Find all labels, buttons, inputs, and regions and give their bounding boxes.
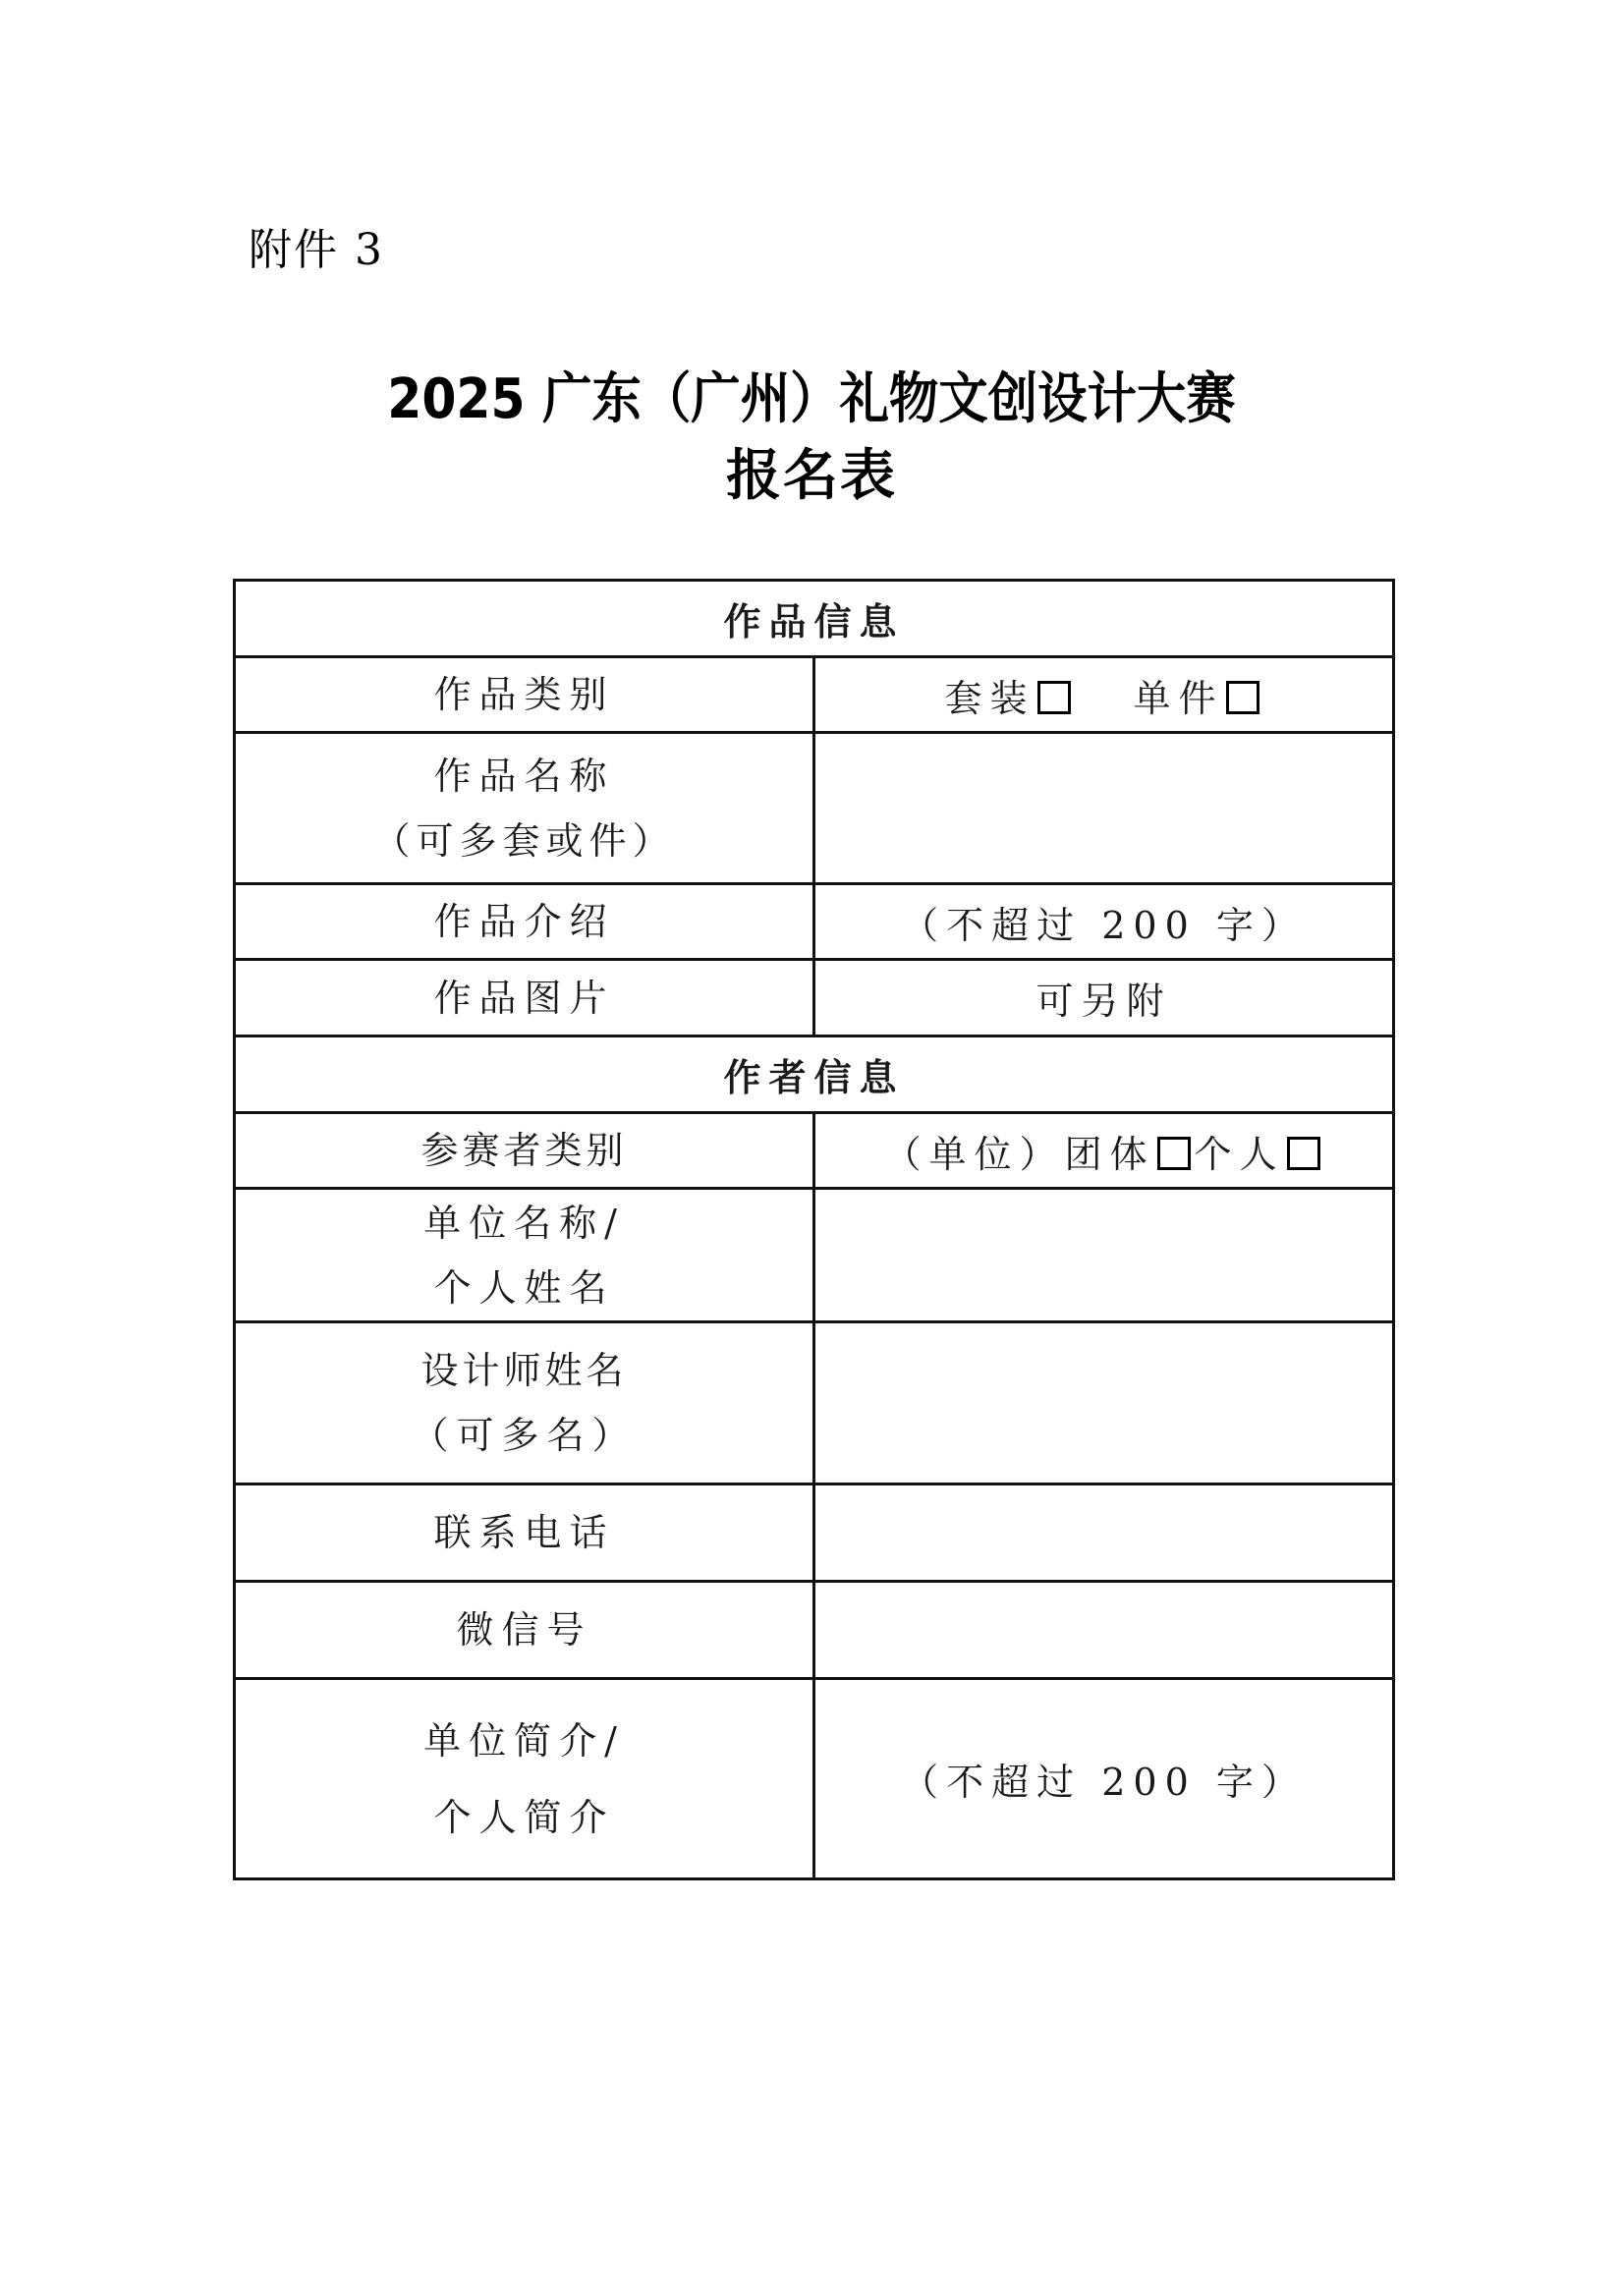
table-row-work-images: 作品图片 可另附 — [235, 960, 1394, 1036]
table-row-entrant-category: 参赛者类别 （单位）团体个人 — [235, 1113, 1394, 1189]
entrant-prefix: （单位） — [883, 1133, 1064, 1176]
org-intro-field[interactable]: （不超过 200 字） — [814, 1679, 1394, 1879]
checkbox-group[interactable] — [1157, 1137, 1191, 1170]
option-group-label: 团体 — [1064, 1133, 1154, 1176]
label-designer-name: 设计师姓名 （可多名） — [235, 1322, 814, 1484]
checkbox-single[interactable] — [1226, 681, 1259, 714]
phone-field[interactable] — [814, 1484, 1394, 1582]
designer-name-field[interactable] — [814, 1322, 1394, 1484]
work-category-options: 套装单件 — [814, 657, 1394, 733]
section-row-author-info: 作者信息 — [235, 1036, 1394, 1113]
table-row-phone: 联系电话 — [235, 1484, 1394, 1582]
label-work-images: 作品图片 — [235, 960, 814, 1036]
checkbox-individual[interactable] — [1287, 1137, 1320, 1170]
label-org-intro: 单位简介/ 个人简介 — [235, 1679, 814, 1879]
option-single-label: 单件 — [1134, 677, 1224, 720]
table-row-work-name: 作品名称 （可多套或件） — [235, 733, 1394, 884]
label-work-intro: 作品介绍 — [235, 884, 814, 960]
work-name-field[interactable] — [814, 733, 1394, 884]
wechat-field[interactable] — [814, 1582, 1394, 1679]
section-row-work-info: 作品信息 — [235, 581, 1394, 657]
table-row-designer-name: 设计师姓名 （可多名） — [235, 1322, 1394, 1484]
option-individual-label: 个人 — [1195, 1133, 1285, 1176]
table-row-work-category: 作品类别 套装单件 — [235, 657, 1394, 733]
checkbox-set[interactable] — [1037, 681, 1071, 714]
table-row-work-intro: 作品介绍 （不超过 200 字） — [235, 884, 1394, 960]
table-row-wechat: 微信号 — [235, 1582, 1394, 1679]
page-title: 2025 广东（广州）礼物文创设计大赛 — [82, 356, 1542, 434]
option-set-label: 套装 — [944, 677, 1035, 720]
section-heading-author-info: 作者信息 — [235, 1036, 1394, 1113]
work-images-field[interactable]: 可另附 — [814, 960, 1394, 1036]
work-intro-field[interactable]: （不超过 200 字） — [814, 884, 1394, 960]
label-work-name: 作品名称 （可多套或件） — [235, 733, 814, 884]
registration-form-table: 作品信息 作品类别 套装单件 作品名称 （可多套或件） 作品介绍 （不超过 20… — [233, 579, 1395, 1880]
label-entrant-category: 参赛者类别 — [235, 1113, 814, 1189]
label-wechat: 微信号 — [235, 1582, 814, 1679]
table-row-org-name: 单位名称/ 个人姓名 — [235, 1189, 1394, 1322]
page-subtitle: 报名表 — [0, 432, 1623, 511]
label-work-category: 作品类别 — [235, 657, 814, 733]
section-heading-work-info: 作品信息 — [235, 581, 1394, 657]
table-row-org-intro: 单位简介/ 个人简介 （不超过 200 字） — [235, 1679, 1394, 1879]
label-org-name: 单位名称/ 个人姓名 — [235, 1189, 814, 1322]
entrant-category-options: （单位）团体个人 — [814, 1113, 1394, 1189]
attachment-label: 附件 3 — [249, 214, 384, 277]
label-phone: 联系电话 — [235, 1484, 814, 1582]
org-name-field[interactable] — [814, 1189, 1394, 1322]
